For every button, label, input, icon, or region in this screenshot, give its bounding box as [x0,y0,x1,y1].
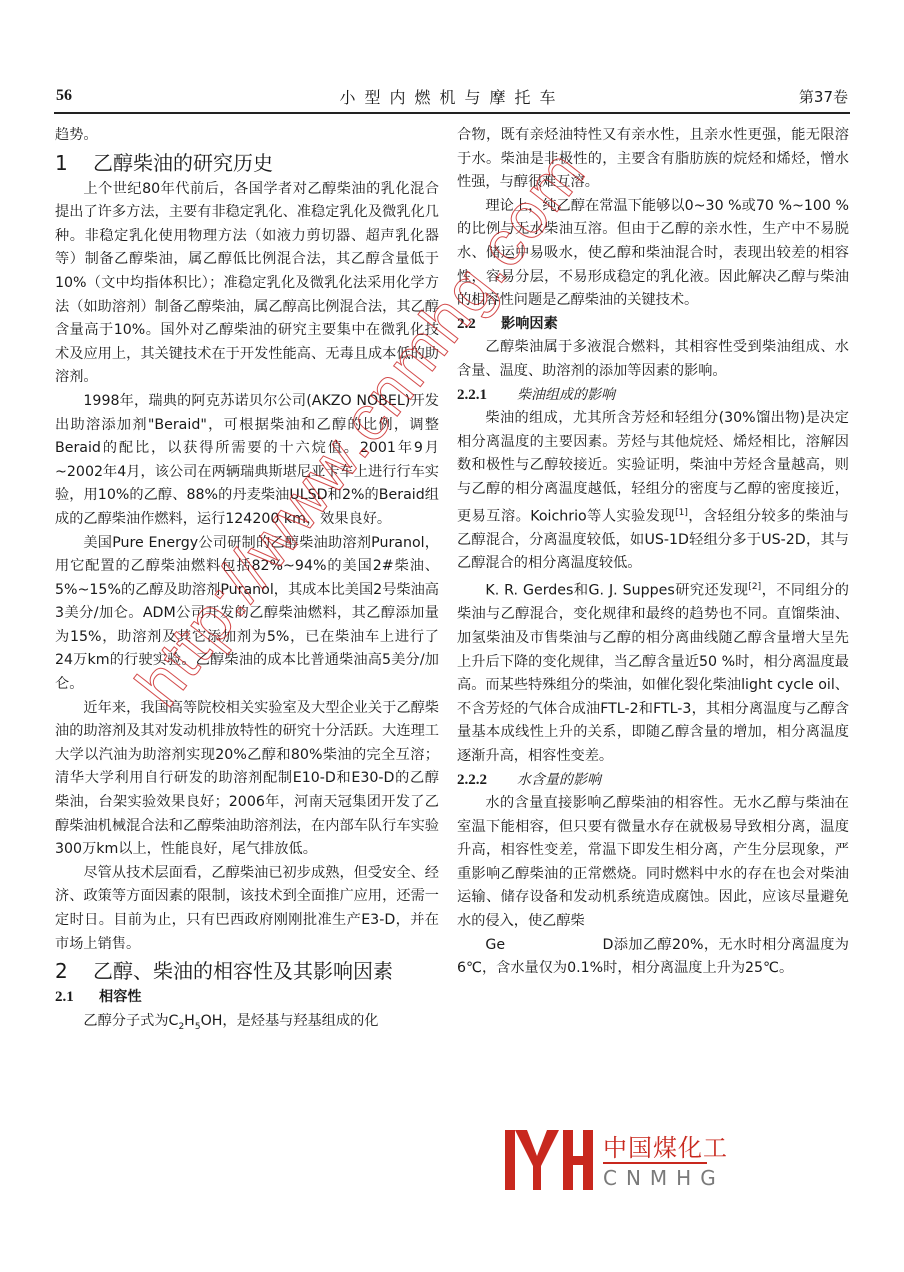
paragraph: 近年来，我国高等院校相关实验室及大型企业关于乙醇柴油的助溶剂及其对发动机排放特性… [55,697,439,862]
paragraph: 乙醇柴油属于多液混合燃料，其相容性受到柴油组成、水含量、温度、助溶剂的添加等因素… [457,336,849,383]
page-header: 56 小型内燃机与摩托车 第37卷 [54,84,850,110]
citation-ref: [2] [748,582,761,592]
subsection-number: 2.2 [457,313,501,337]
paragraph: Ge D添加乙醇20%，无水时相分离温度为6℃，含水量仅为0.1%时，相分离温度… [457,934,849,981]
paragraph: 1998年，瑞典的阿克苏诺贝尔公司(AKZO NOBEL)开发出助溶添加剂"Be… [55,390,439,532]
paragraph: K. R. Gerdes和G. J. Suppes研究还发现[2]，不同组分的柴… [457,576,849,768]
logo-divider [603,1162,707,1164]
section-number: 2 [55,956,93,986]
paragraph: 尽管从技术层面看，乙醇柴油已初步成熟，但受安全、经济、政策等方面因素的限制，该技… [55,862,439,956]
header-rule [54,112,850,114]
paragraph: 合物，既有亲烃油特性又有亲水性，且亲水性更强，能无限溶于水。柴油是非极性的，主要… [457,124,849,195]
cnmhg-logo-icon [505,1130,593,1190]
subsection-title: 影响因素 [501,316,558,332]
section-title: 乙醇、柴油的相容性及其影响因素 [93,959,393,983]
text-run: K. R. Gerdes和G. J. Suppes研究还发现 [485,583,748,599]
left-column: 趋势。 1乙醇柴油的研究历史 上个世纪80年代前后，各国学者对乙醇柴油的乳化混合… [55,124,439,1039]
citation-ref: [1] [675,508,688,518]
text-run: H [184,1013,195,1029]
subsubsection-number: 2.2.2 [457,769,517,793]
paragraph: 上个世纪80年代前后，各国学者对乙醇柴油的乳化混合提出了许多方法，主要有非稳定乳… [55,178,439,390]
section-title: 乙醇柴油的研究历史 [93,151,273,175]
text-run: OH，是烃基与羟基组成的化 [201,1013,379,1029]
watermark-logo: 中国煤化工 CNMHG [503,1128,763,1218]
logo-chinese-text: 中国煤化工 [603,1128,728,1163]
subsubsection-heading-2-2-2: 2.2.2水含量的影响 [457,769,849,793]
volume-label: 第37卷 [799,86,848,107]
subsubsection-heading-2-2-1: 2.2.1柴油组成的影响 [457,384,849,408]
text-run: ，不同组分的柴油与乙醇混合，变化规律和最终的趋势也不同。直馏柴油、加氢柴油及市售… [457,583,849,764]
subsubsection-title: 柴油组成的影响 [517,387,615,403]
right-column: 合物，既有亲烃油特性又有亲水性，且亲水性更强，能无限溶于水。柴油是非极性的，主要… [457,124,849,981]
text-run: 乙醇分子式为C [83,1013,178,1029]
section-heading-2: 2乙醇、柴油的相容性及其影响因素 [55,956,439,986]
subsection-title: 相容性 [99,989,142,1005]
logo-english-text: CNMHG [603,1166,725,1190]
paragraph: 理论上，纯乙醇在常温下能够以0~30 %或70 %~100 %的比例与无水柴油互… [457,195,849,313]
paragraph: 趋势。 [55,124,439,148]
subsection-heading-2-1: 2.1相容性 [55,986,439,1010]
subsubsection-title: 水含量的影响 [517,772,601,788]
section-heading-1: 1乙醇柴油的研究历史 [55,148,439,178]
paragraph: 美国Pure Energy公司研制的乙醇柴油助溶剂Puranol，用它配置的乙醇… [55,532,439,697]
paragraph: 柴油的组成，尤其所含芳烃和轻组分(30%馏出物)是决定相分离温度的主要因素。芳烃… [457,407,849,576]
subsection-number: 2.1 [55,986,99,1010]
subsection-heading-2-2: 2.2影响因素 [457,313,849,337]
paragraph: 水的含量直接影响乙醇柴油的相容性。无水乙醇与柴油在室温下能相容，但只要有微量水存… [457,792,849,934]
section-number: 1 [55,148,93,178]
journal-title: 小型内燃机与摩托车 [54,85,850,108]
paragraph-formula: 乙醇分子式为C2H5OH，是烃基与羟基组成的化 [55,1010,439,1039]
subsubsection-number: 2.2.1 [457,384,517,408]
